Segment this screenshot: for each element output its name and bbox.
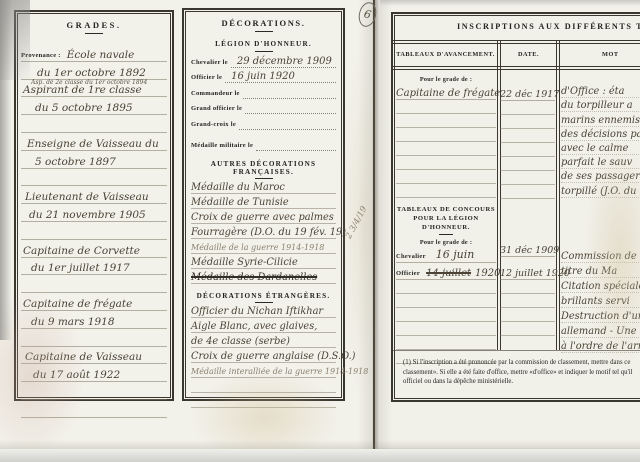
provenance-value: École navale [61, 49, 135, 61]
decorations-title: DÉCORATIONS. [184, 18, 343, 28]
grade-entry: Aspirant de 1re classe [21, 84, 142, 96]
decoration-line: Médaille de Tunisie [191, 194, 336, 209]
officier-date: 16 juin 1920 [225, 71, 295, 82]
ruled-line [500, 308, 555, 322]
date-line: 22 déc 1917 [500, 84, 555, 101]
grade-entry: Capitaine de frégate [21, 298, 132, 310]
col-header-date: DATE. [498, 51, 559, 58]
motif-line: allemand - Une [561, 323, 640, 338]
date-column: 22 déc 1917 31 déc 1909 12 juillet 1920 [500, 72, 555, 336]
grades-table: GRADES. Provenance : École navale du 1er… [14, 10, 174, 401]
decoration-entry: Croix de guerre anglaise (D.S.O.) [191, 351, 355, 362]
ruled-line [396, 170, 496, 184]
chevalier-line: Chevalier 16 juin [396, 246, 496, 263]
legion-row: Officier le 16 juin 1920 [191, 68, 336, 84]
motif-line: titre du Ma [561, 263, 640, 278]
decoration-line: Aigle Blanc, avec glaives, [191, 318, 336, 333]
grades-row: du 1er octobre 1892 Asp. de 2e classe du… [21, 62, 167, 80]
grades-row: Enseigne de Vaisseau du [21, 133, 167, 151]
motif-text: Citation spéciale d [561, 282, 640, 292]
legion-row: Grand-croix le [191, 114, 336, 130]
ruled-line [500, 115, 555, 129]
motif-line: avec le calme [561, 141, 640, 155]
ruled-fill: 16 juin 1920 [225, 71, 336, 83]
grades-row-empty [21, 275, 167, 293]
ruled-line [500, 280, 555, 294]
col-header-avancement: TABLEAUX D'AVANCEMENT. [393, 51, 498, 58]
date-line: 12 juillet 1920 [500, 263, 555, 280]
ruled-line [396, 100, 496, 114]
flourish [85, 33, 103, 34]
grade-entry: du 1er juillet 1917 [21, 262, 130, 274]
grade-label: Pour le grade de : [396, 76, 496, 83]
grades-row: Provenance : École navale [21, 44, 167, 62]
inscriptions-title: INSCRIPTIONS AUX DIFFÉRENTS TABLEAUX [457, 22, 640, 31]
ruled-line [500, 101, 555, 115]
legion-row: Chevalier le 29 décembre 1909 [191, 52, 336, 68]
decoration-entry: Fourragère (D.O. du 19 fév. 19) [191, 227, 346, 238]
motif-text: titre du Ma [561, 267, 617, 277]
officier-year: 1920 [471, 268, 500, 279]
motif-text: des décisions pa [561, 130, 640, 140]
legion-row: Médaille militaire le [191, 136, 336, 152]
grades-row: Lieutenant de Vaisseau [21, 186, 167, 204]
ruled-line [396, 142, 496, 156]
motif-text: à l'ordre de l'armée (J.O. [561, 342, 640, 352]
motif-line: d'Office : éta [561, 84, 640, 98]
decoration-line: Médaille Syrie-Cilicie [191, 254, 336, 269]
legion-row: Grand officier le [191, 99, 336, 115]
grade-entry: Enseigne de Vaisseau du [21, 138, 159, 150]
grades-row-empty [21, 115, 167, 133]
grade-value: Capitaine de frégate [396, 88, 500, 99]
grades-row-empty [21, 382, 167, 400]
grand-officier-label: Grand officier le [191, 105, 242, 114]
grades-row: Capitaine de Corvette [21, 240, 167, 258]
motif-text: brillants servi [561, 297, 630, 307]
decoration-line: Médaille des Dardanelles [191, 269, 336, 284]
ruled-line [500, 185, 555, 199]
grades-row: du 5 octobre 1895 [21, 97, 167, 115]
decoration-line: Médaille interalliée de la guerre 1914-1… [191, 363, 336, 378]
decoration-line: Médaille de la guerre 1914-1918 [191, 239, 336, 254]
officier-label: Officier le [191, 74, 222, 83]
spacer [561, 198, 640, 248]
grade-entry: du 1er octobre 1892 [21, 67, 146, 79]
decoration-entry: Croix de guerre avec palmes [191, 212, 334, 223]
ruled-line [396, 156, 496, 170]
date-value: 12 juillet 1920 [500, 268, 570, 279]
motif-line: Commission de [561, 248, 640, 263]
motif-text: d'Office : éta [561, 87, 624, 97]
chevalier-note: 16 juin [426, 249, 475, 260]
chevalier-label: Chevalier [396, 253, 426, 262]
ruled-line [500, 143, 555, 157]
motif-line: des décisions pa [561, 127, 640, 141]
motif-line: torpillé (J.O. du [561, 183, 640, 197]
decoration-line: Fourragère (D.O. du 19 fév. 19) [191, 224, 336, 239]
date-value: 22 déc 1917 [500, 89, 559, 100]
grades-row-empty [21, 400, 167, 418]
ruled-line [500, 294, 555, 308]
ruled-line [396, 128, 496, 142]
concours-title-line1: TABLEAUX DE CONCOURS [396, 205, 496, 214]
decoration-entry: Médaille Syrie-Cilicie [191, 257, 298, 268]
grade-label: Pour le grade de : [396, 239, 496, 246]
ruled-line [396, 308, 496, 322]
inscriptions-table: INSCRIPTIONS AUX DIFFÉRENTS TABLEAUX TAB… [391, 12, 640, 402]
spacer [500, 199, 555, 240]
grade-entry: du 5 octobre 1895 [21, 102, 133, 114]
ruled-line [500, 157, 555, 171]
grades-row: du 1er juillet 1917 [21, 258, 167, 276]
grade-entry: Capitaine de Corvette [21, 245, 140, 257]
document-scan: GRADES. Provenance : École navale du 1er… [0, 0, 640, 462]
ruled-line [396, 184, 496, 198]
footnote-line: officiel ou dans la dépêche ministériell… [403, 377, 640, 387]
footnote-line: classement». Si elle a été faite d'offic… [403, 368, 640, 378]
decoration-entry: Médaille de Tunisie [191, 197, 289, 208]
decoration-entry: Médaille de la guerre 1914-1918 [191, 242, 324, 253]
ruled-line [500, 171, 555, 185]
decoration-entry: Médaille interalliée de la guerre 1914-1… [191, 366, 368, 377]
decoration-line: de 4e classe (serbe) [191, 333, 336, 348]
grades-row: 5 octobre 1897 [21, 151, 167, 169]
footnote-line: (1) Si l'inscription a été prononcée par… [403, 358, 640, 368]
decorations-etrangeres-title: DÉCORATIONS ÉTRANGÈRES. [184, 292, 343, 300]
motif-line: à l'ordre de l'armée (J.O. [561, 338, 640, 353]
grades-row: du 9 mars 1918 [21, 311, 167, 329]
ruled-line [396, 336, 496, 350]
col-header-motifs: MOT [602, 51, 619, 58]
grades-row: du 17 août 1922 [21, 364, 167, 382]
motif-line: brillants servi [561, 293, 640, 308]
autres-decorations-title: AUTRES DÉCORATIONS FRANÇAISES. [184, 160, 343, 176]
grades-row: Capitaine de Vaisseau [21, 347, 167, 365]
ruled-line [396, 294, 496, 308]
motif-text: marins ennemis [561, 116, 640, 126]
grade-entry: Lieutenant de Vaisseau [21, 191, 149, 203]
decoration-line-empty [191, 378, 336, 393]
concours-title-line2: POUR LA LÉGION D'HONNEUR. [396, 214, 496, 232]
decoration-line: Médaille du Maroc [191, 179, 336, 194]
ruled-fill [239, 129, 336, 130]
double-rule [393, 66, 640, 70]
ruled-line [396, 114, 496, 128]
grades-row: du 21 novembre 1905 [21, 204, 167, 222]
decoration-entry-struck: Médaille des Dardanelles [191, 272, 317, 283]
grade-line: Capitaine de frégate [396, 83, 496, 100]
spacer [500, 72, 555, 84]
motif-line: parfait le sauv [561, 155, 640, 169]
motif-text: de ses passagers [561, 172, 640, 182]
spacer [561, 72, 640, 84]
date-line: 31 déc 1909 [500, 240, 555, 257]
officier-label: Officier [396, 270, 420, 279]
decoration-line: Croix de guerre avec palmes [191, 209, 336, 224]
grade-entry: du 21 novembre 1905 [21, 209, 146, 221]
legion-row: Commandeur le [191, 83, 336, 99]
ruled-line [500, 322, 555, 336]
ruled-fill [245, 113, 336, 114]
motifs-column: d'Office : éta du torpilleur a marins en… [561, 72, 640, 353]
grade-entry: du 9 mars 1918 [21, 316, 115, 328]
decoration-line-empty [191, 393, 336, 408]
ruled-fill [256, 150, 336, 151]
legion-honneur-title: LÉGION D'HONNEUR. [184, 40, 343, 48]
motif-text: du torpilleur a [561, 101, 633, 111]
ruled-line [500, 129, 555, 143]
provenance-label: Provenance : [21, 52, 61, 61]
motif-text: Commission de [561, 252, 637, 262]
motif-text: torpillé (J.O. du [561, 187, 636, 197]
motif-line: marins ennemis [561, 112, 640, 126]
motif-line: du torpilleur a [561, 98, 640, 112]
grade-entry: Capitaine de Vaisseau [21, 351, 142, 363]
grade-entry-interline: Asp. de 2e classe du 1er octobre 1894 [31, 79, 147, 86]
medaille-militaire-label: Médaille militaire le [191, 142, 253, 151]
grades-title: GRADES. [16, 20, 172, 30]
grades-row: Capitaine de frégate [21, 293, 167, 311]
decoration-line: Croix de guerre anglaise (D.S.O.) [191, 348, 336, 363]
officier-struck-date: 14 juillet [420, 268, 471, 279]
motif-text: allemand - Une [561, 327, 637, 337]
flourish [255, 31, 273, 32]
chevalier-label: Chevalier le [191, 59, 228, 68]
motif-line: Citation spéciale d [561, 278, 640, 293]
motif-line: Destruction d'un [561, 308, 640, 323]
motif-text: avec le calme [561, 144, 628, 154]
double-rule [393, 40, 640, 44]
chevalier-date: 29 décembre 1909 [231, 56, 332, 67]
officier-line: Officier 14 juillet 1920 [396, 263, 496, 280]
grades-row-empty [21, 169, 167, 187]
commandeur-label: Commandeur le [191, 90, 240, 99]
decoration-line: Officier du Nichan Iftikhar [191, 303, 336, 318]
grades-row-empty [21, 222, 167, 240]
ruled-fill: 29 décembre 1909 [231, 56, 336, 68]
decoration-entry: Aigle Blanc, avec glaives, [191, 321, 317, 332]
grade-entry: du 17 août 1922 [21, 369, 120, 381]
ruled-line [396, 280, 496, 294]
footnote: (1) Si l'inscription a été prononcée par… [403, 358, 640, 387]
motif-text: parfait le sauv [561, 158, 632, 168]
decoration-entry: Officier du Nichan Iftikhar [191, 306, 323, 317]
ruled-line [396, 322, 496, 336]
decorations-table: DÉCORATIONS. LÉGION D'HONNEUR. Chevalier… [182, 8, 345, 401]
motif-line: de ses passagers [561, 169, 640, 183]
ruled-fill [243, 98, 336, 99]
date-value: 31 déc 1909 [500, 245, 559, 256]
motif-text: Destruction d'un [561, 312, 640, 322]
avancement-column: Pour le grade de : Capitaine de frégate … [396, 72, 496, 364]
grade-entry: 5 octobre 1897 [21, 156, 116, 168]
decoration-entry: de 4e classe (serbe) [191, 336, 290, 347]
decoration-entry: Médaille du Maroc [191, 182, 285, 193]
grades-rows: Provenance : École navale du 1er octobre… [21, 44, 167, 397]
grades-row-empty [21, 329, 167, 347]
grand-croix-label: Grand-croix le [191, 121, 236, 130]
flourish [439, 234, 453, 235]
column-divider [556, 40, 560, 350]
